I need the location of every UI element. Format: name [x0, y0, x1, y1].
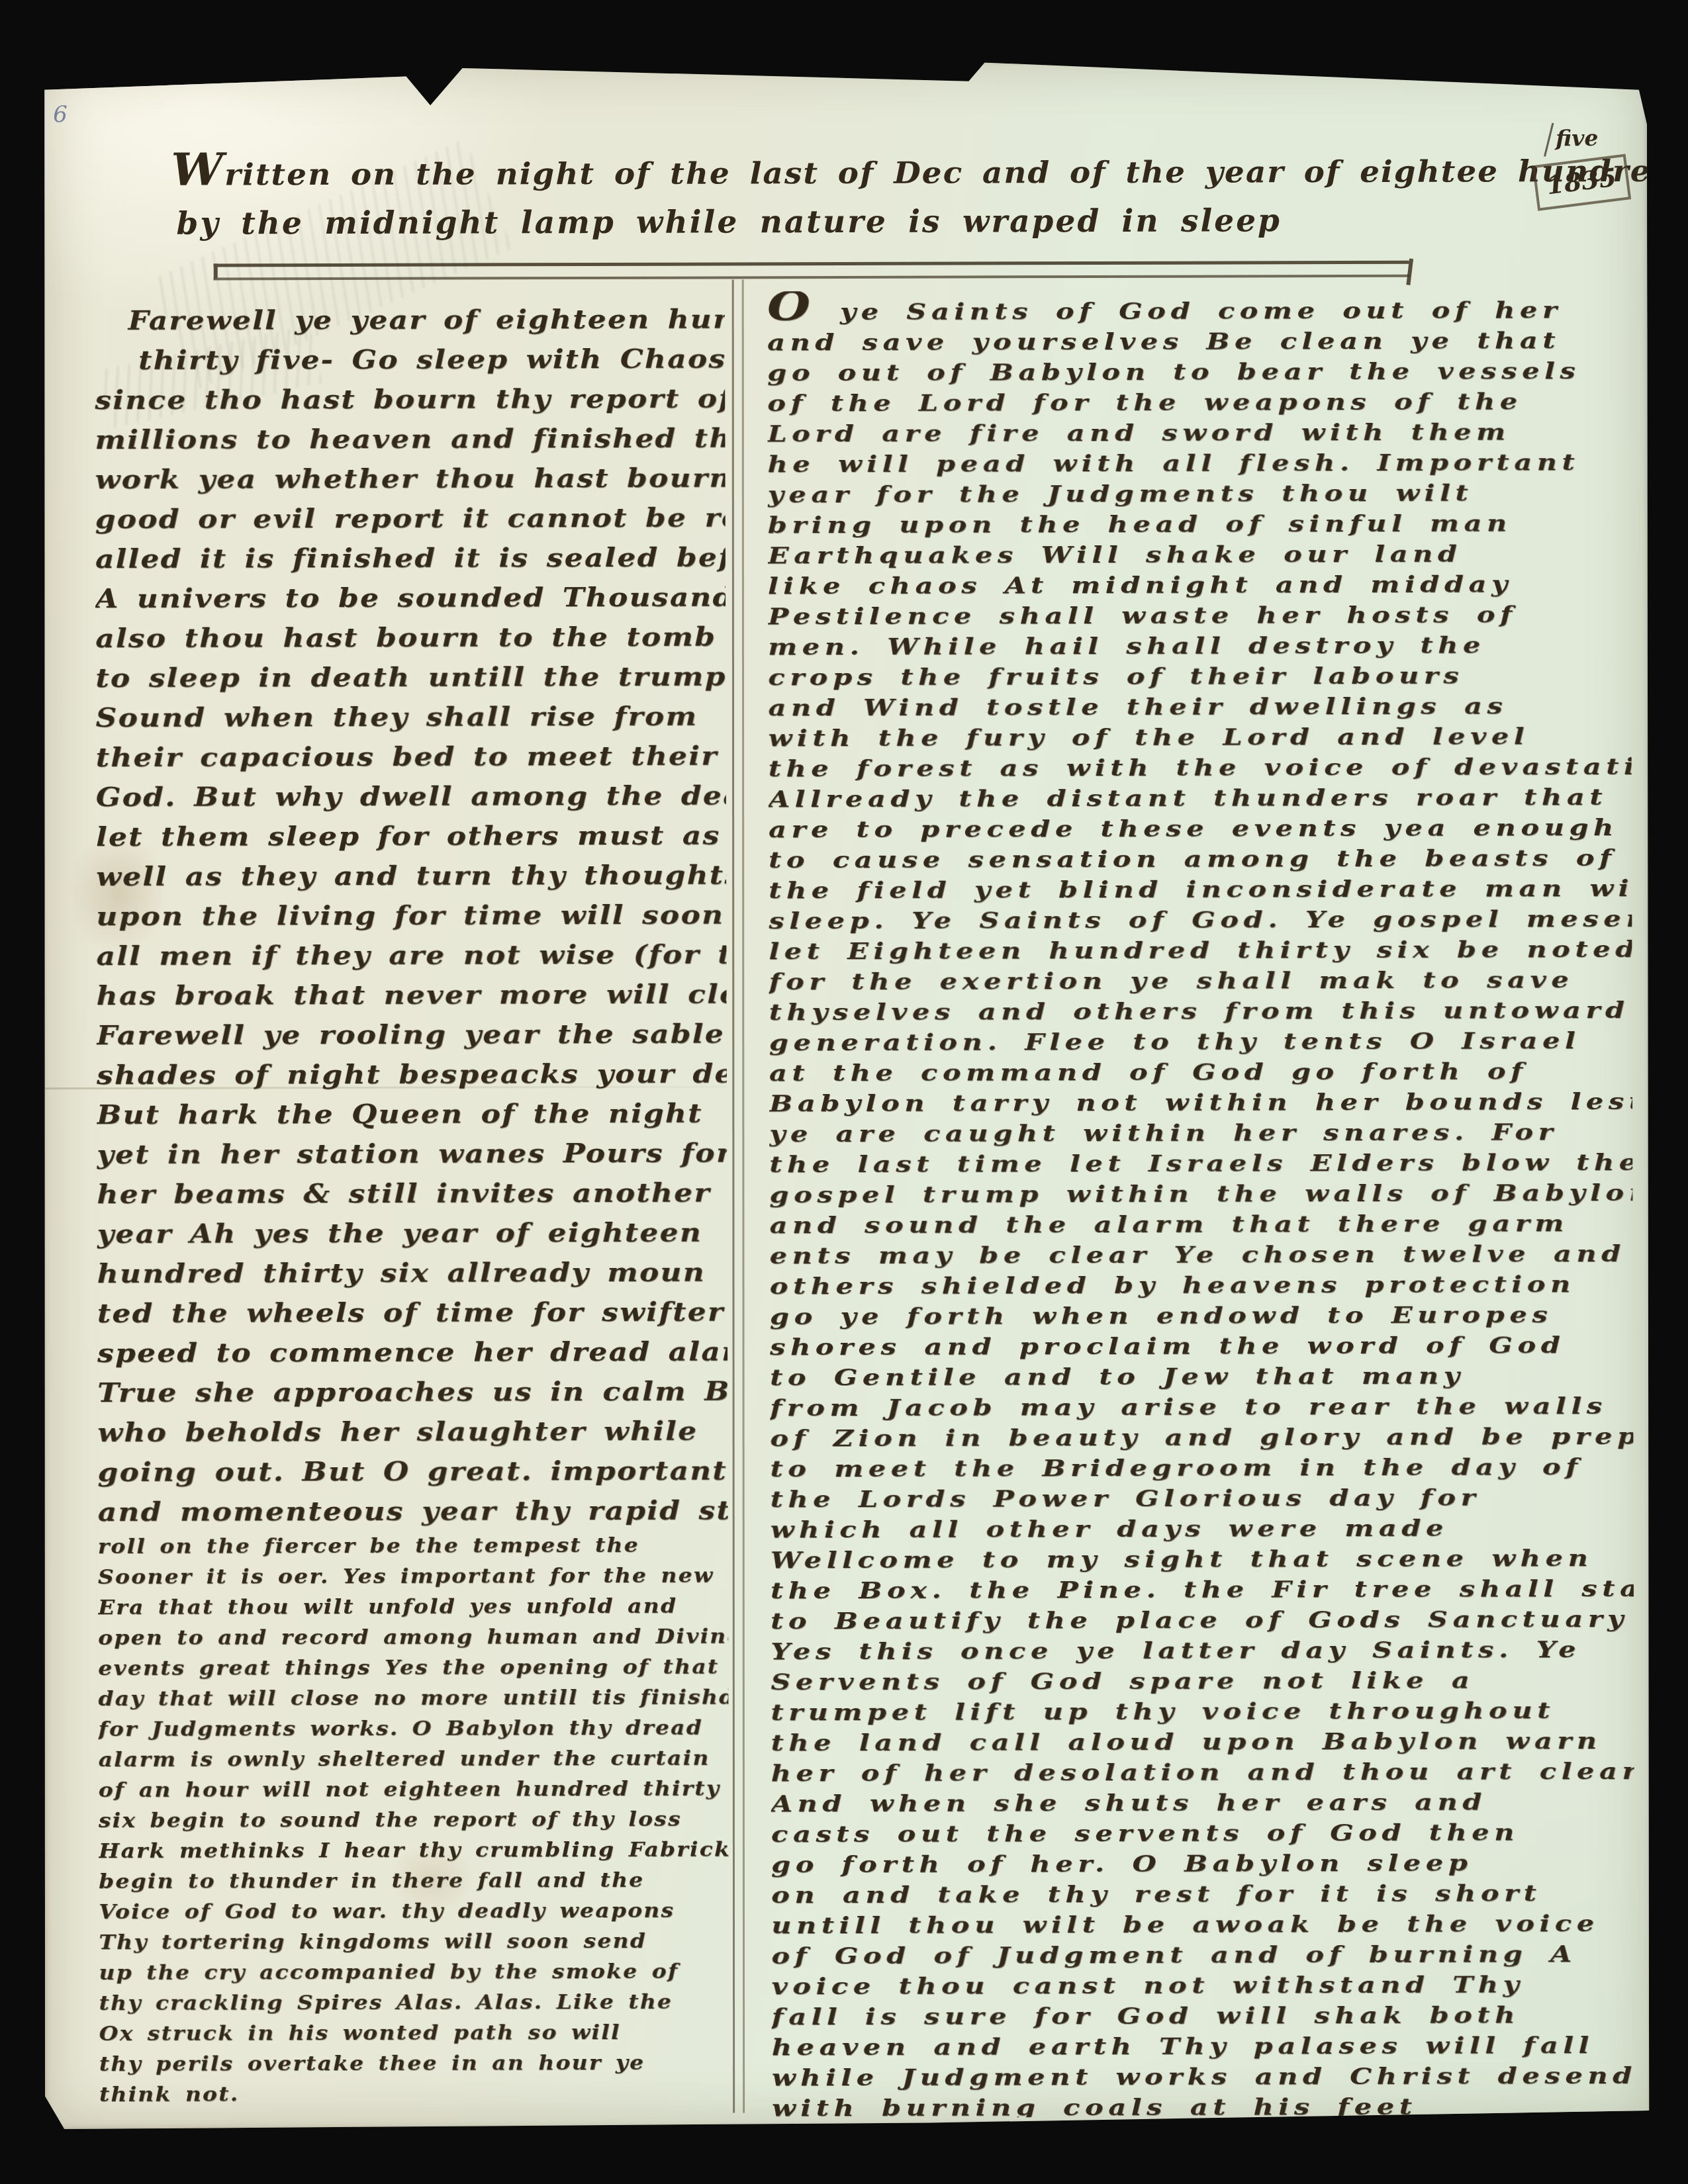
manuscript-line: the Box. the Pine. the Fir tree shall st…	[771, 1573, 1635, 1606]
manuscript-line: ents may be clear Ye chosen twelve and	[770, 1238, 1635, 1271]
manuscript-line: and momenteous year thy rapid strides	[98, 1490, 729, 1532]
title-underline-rule	[214, 261, 1409, 281]
manuscript-line: alarm is ownly sheltered under the curta…	[99, 1743, 729, 1776]
manuscript-line: the last time let Israels Elders blow th…	[769, 1147, 1635, 1180]
title-line-2: by the midnight lamp while nature is wra…	[176, 203, 1282, 242]
manuscript-line: while Judgment works and Christ desends	[772, 2060, 1635, 2093]
manuscript-line: and Wind tostle their dwellings as	[768, 690, 1635, 723]
manuscript-line: events great things Yes the opening of t…	[98, 1652, 729, 1684]
manuscript-line: since tho hast bourn thy report of	[95, 379, 729, 420]
manuscript-page: 6 Written on the night of the last of De…	[40, 59, 1652, 2129]
manuscript-line: Babylon tarry not within her bounds lest	[769, 1086, 1635, 1119]
manuscript-line: voice thou canst not withstand Thy	[771, 1969, 1635, 2002]
manuscript-line: Sound when they shall rise from	[95, 696, 729, 738]
manuscript-line: God. But why dwell among the dead	[96, 776, 729, 817]
manuscript-line: Allready the distant thunders roar that	[769, 782, 1635, 815]
manuscript-line: Voice of God to war. thy deadly weapons	[99, 1895, 729, 1928]
manuscript-line: gospel trump within the walls of Babylon	[769, 1177, 1635, 1210]
manuscript-line: well as they and turn thy thoughts	[96, 855, 729, 897]
manuscript-line: trumpet lift up thy voice throughout	[771, 1695, 1635, 1728]
manuscript-line: Sooner it is oer. Yes important for the …	[98, 1561, 729, 1593]
manuscript-line: shades of night bespeacks your departure	[97, 1054, 729, 1095]
manuscript-line: day that will close no more untill tis f…	[98, 1682, 729, 1715]
manuscript-line: Farewell ye rooling year the sable	[97, 1014, 729, 1056]
manuscript-line: and sound the alarm that there garm	[769, 1208, 1635, 1241]
manuscript-line: of an hour will not eighteen hundred thi…	[99, 1774, 729, 1806]
manuscript-line: bring upon the head of sinful man	[768, 508, 1635, 541]
title-overflow-word: five	[1556, 125, 1598, 151]
manuscript-line: for the exertion ye shall mak to save	[769, 964, 1635, 997]
manuscript-line: from Jacob may arise to rear the walls	[770, 1390, 1635, 1424]
manuscript-line: up the cry accompanied by the smoke of	[99, 1956, 729, 1989]
manuscript-line: think not.	[99, 2078, 729, 2111]
manuscript-line: to cause sensation among the beasts of	[769, 842, 1635, 876]
manuscript-line: six begin to sound the report of thy los…	[99, 1804, 729, 1837]
manuscript-line: generation. Flee to thy tents O Israel	[769, 1025, 1635, 1058]
manuscript-line: her beams & still invites another	[97, 1173, 729, 1214]
manuscript-line: True she approaches us in calm But	[97, 1371, 729, 1413]
manuscript-line: to sleep in death untill the trump shall	[95, 657, 729, 698]
manuscript-line: fall is sure for God will shak both	[772, 1999, 1635, 2032]
manuscript-line: Hark methinks I hear thy crumbling Fabri…	[99, 1835, 729, 1867]
manuscript-line: are to precede these events yea enough	[769, 812, 1635, 845]
manuscript-line: year for the Judgments thou wilt	[768, 477, 1635, 510]
manuscript-line: O ye Saints of God come out of her	[767, 289, 1635, 328]
manuscript-line: untill thou wilt be awoak be the voice	[771, 1908, 1635, 1941]
manuscript-line: speed to commence her dread alarm	[97, 1332, 729, 1373]
manuscript-line: to Gentile and to Jew that many	[770, 1360, 1635, 1393]
manuscript-line: Earthquakes Will shake our land	[768, 538, 1635, 571]
manuscript-line: of Zion in beauty and glory and be prepa…	[770, 1421, 1635, 1454]
manuscript-line: thy perils overtake thee in an hour ye	[99, 2048, 729, 2080]
manuscript-line: shores and proclaim the word of God	[770, 1330, 1635, 1363]
manuscript-line: with the fury of the Lord and level	[769, 721, 1636, 754]
manuscript-line: heaven and earth Thy palases will fall	[772, 2030, 1635, 2063]
manuscript-line: let them sleep for others must as	[96, 815, 729, 857]
manuscript-line: going out. But O great. important.	[97, 1451, 729, 1492]
manuscript-line: work yea whether thou hast bourn	[95, 458, 729, 500]
manuscript-line: roll on the fiercer be the tempest the	[98, 1530, 729, 1563]
manuscript-line: the field yet blind inconsiderate man wi…	[769, 873, 1635, 906]
manuscript-line: open to and record among human and Divin…	[98, 1621, 729, 1654]
page-number: 6	[53, 101, 68, 128]
manuscript-line: upon the living for time will soon teach	[96, 895, 729, 936]
manuscript-line: Ox struck in his wonted path so will	[99, 2017, 729, 2050]
manuscript-line: ye are caught within her snares. For	[769, 1116, 1635, 1150]
manuscript-line: thy crackling Spires Alas. Alas. Like th…	[99, 1987, 730, 2019]
manuscript-line: millions to heaven and finished thy	[95, 418, 729, 460]
manuscript-line: on and take thy rest for it is short	[771, 1878, 1635, 1911]
manuscript-line: others shielded by heavens protection	[770, 1269, 1635, 1302]
manuscript-line: Pestilence shall waste her hosts of	[768, 599, 1635, 632]
manuscript-line: go forth of her. O Babylon sleep	[771, 1847, 1635, 1880]
manuscript-line: which all other days were made	[771, 1512, 1635, 1545]
manuscript-line: at the command of God go forth of	[769, 1056, 1635, 1089]
manuscript-line: like chaos At midnight and midday	[768, 569, 1635, 602]
manuscript-line: who beholds her slaughter while	[97, 1411, 729, 1453]
manuscript-line: Farewell ye year of eighteen hundred	[95, 299, 729, 341]
manuscript-line: of God of Judgment and of burning A	[771, 1938, 1635, 1972]
manuscript-line: hundred thirty six allready moun	[97, 1252, 729, 1294]
manuscript-line: alled it is finished it is sealed before	[95, 537, 729, 579]
manuscript-line: to Beautify the place of Gods Sanctuary	[771, 1604, 1635, 1637]
manuscript-line: ted the wheels of time for swifter	[97, 1292, 729, 1334]
manuscript-line: year Ah yes the year of eighteen	[97, 1212, 729, 1254]
title-line-1: Written on the night of the last of Dec …	[171, 140, 1624, 196]
manuscript-line: the forest as with the voice of devastat…	[769, 751, 1635, 784]
manuscript-line: But hark the Queen of the night	[97, 1093, 729, 1135]
scan-background: 6 Written on the night of the last of De…	[0, 0, 1688, 2184]
manuscript-line: her of her desolation and thou art clear	[771, 1756, 1635, 1789]
manuscript-line: go out of Babylon to bear the vessels	[767, 355, 1635, 388]
manuscript-line: Wellcome to my sight that scene when	[771, 1543, 1635, 1576]
manuscript-line: Era that thou wilt unfold yes unfold and	[98, 1591, 729, 1623]
manuscript-line: with burning coals at his feet	[772, 2091, 1635, 2118]
manuscript-line: the Lords Power Glorious day for	[771, 1482, 1636, 1515]
manuscript-line: let Eighteen hundred thirty six be noted	[769, 934, 1635, 967]
manuscript-line: to meet the Bridegroom in the day of	[770, 1451, 1635, 1484]
manuscript-line: men. While hail shall destroy the	[768, 629, 1635, 662]
manuscript-line: A univers to be sounded Thousands	[95, 577, 729, 619]
manuscript-line: also thou hast bourn to the tomb	[95, 617, 729, 659]
manuscript-line: has broak that never more will close)	[97, 974, 730, 1016]
manuscript-line: Servents of God spare not like a	[771, 1664, 1635, 1698]
manuscript-line: he will pead with all flesh. Important	[767, 447, 1635, 480]
manuscript-line: Lord are fire and sword with them	[767, 416, 1635, 449]
manuscript-line: all men if they are not wise (for the da…	[96, 934, 729, 976]
manuscript-line: their capacious bed to meet their	[96, 736, 729, 778]
manuscript-line: crops the fruits of their labours	[768, 660, 1635, 693]
manuscript-line: Yes this once ye latter day Saints. Ye	[771, 1634, 1635, 1667]
right-column: O ye Saints of God come out of herand sa…	[767, 289, 1635, 2118]
manuscript-line: and save yourselves Be clean ye that	[767, 325, 1635, 358]
left-column: Farewell ye year of eighteen hundredthir…	[95, 291, 729, 2119]
manuscript-line: casts out the servents of God then	[771, 1817, 1635, 1850]
manuscript-line: of the Lord for the weapons of the	[767, 386, 1635, 419]
manuscript-line: good or evil report it cannot be rec	[95, 498, 729, 539]
manuscript-line: sleep. Ye Saints of God. Ye gospel mesen…	[769, 903, 1635, 936]
manuscript-line: thirty five- Go sleep with Chaos	[95, 339, 729, 381]
text-columns: Farewell ye year of eighteen hundredthir…	[95, 289, 1635, 2120]
manuscript-line: go ye forth when endowd to Europes	[770, 1299, 1635, 1332]
manuscript-line: for Judgments works. O Babylon thy dread	[98, 1713, 729, 1745]
manuscript-line: thyselves and others from this untoward	[769, 995, 1635, 1028]
manuscript-line: begin to thunder in there fall and the	[99, 1865, 729, 1897]
manuscript-line: the land call aloud upon Babylon warn	[771, 1725, 1636, 1758]
manuscript-line: yet in her station wanes Pours forth	[97, 1133, 729, 1175]
manuscript-line: And when she shuts her ears and	[771, 1786, 1635, 1819]
manuscript-line: Thy tortering kingdoms will soon send	[99, 1926, 729, 1958]
